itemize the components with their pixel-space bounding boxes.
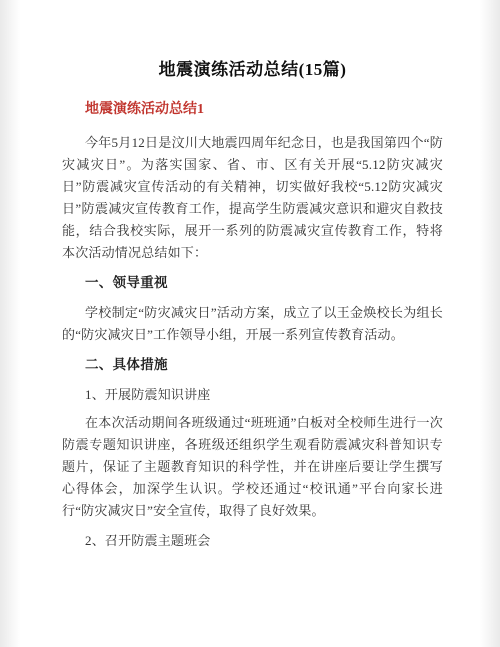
document-title: 地震演练活动总结(15篇) [62, 58, 443, 82]
paragraph-intro: 今年5月12日是汶川大地震四周年纪念日，也是我国第四个“防灾减灾日”。为落实国家… [62, 132, 443, 264]
section-heading-red: 地震演练活动总结1 [62, 100, 443, 120]
heading-measures: 二、具体措施 [62, 354, 443, 376]
document-page: 地震演练活动总结(15篇) 地震演练活动总结1 今年5月12日是汶川大地震四周年… [0, 0, 500, 647]
list-item-class-meeting: 2、召开防震主题班会 [62, 530, 443, 552]
list-item-lecture: 1、开展防震知识讲座 [62, 384, 443, 406]
paragraph-lecture-detail: 在本次活动期间各班级通过“班班通”白板对全校师生进行一次防震专题知识讲座，各班级… [62, 412, 443, 522]
paragraph-leadership: 学校制定“防灾减灾日”活动方案，成立了以王金焕校长为组长的“防灾减灾日”工作领导… [62, 302, 443, 346]
heading-leadership: 一、领导重视 [62, 272, 443, 294]
document-content: 地震演练活动总结(15篇) 地震演练活动总结1 今年5月12日是汶川大地震四周年… [0, 0, 500, 552]
